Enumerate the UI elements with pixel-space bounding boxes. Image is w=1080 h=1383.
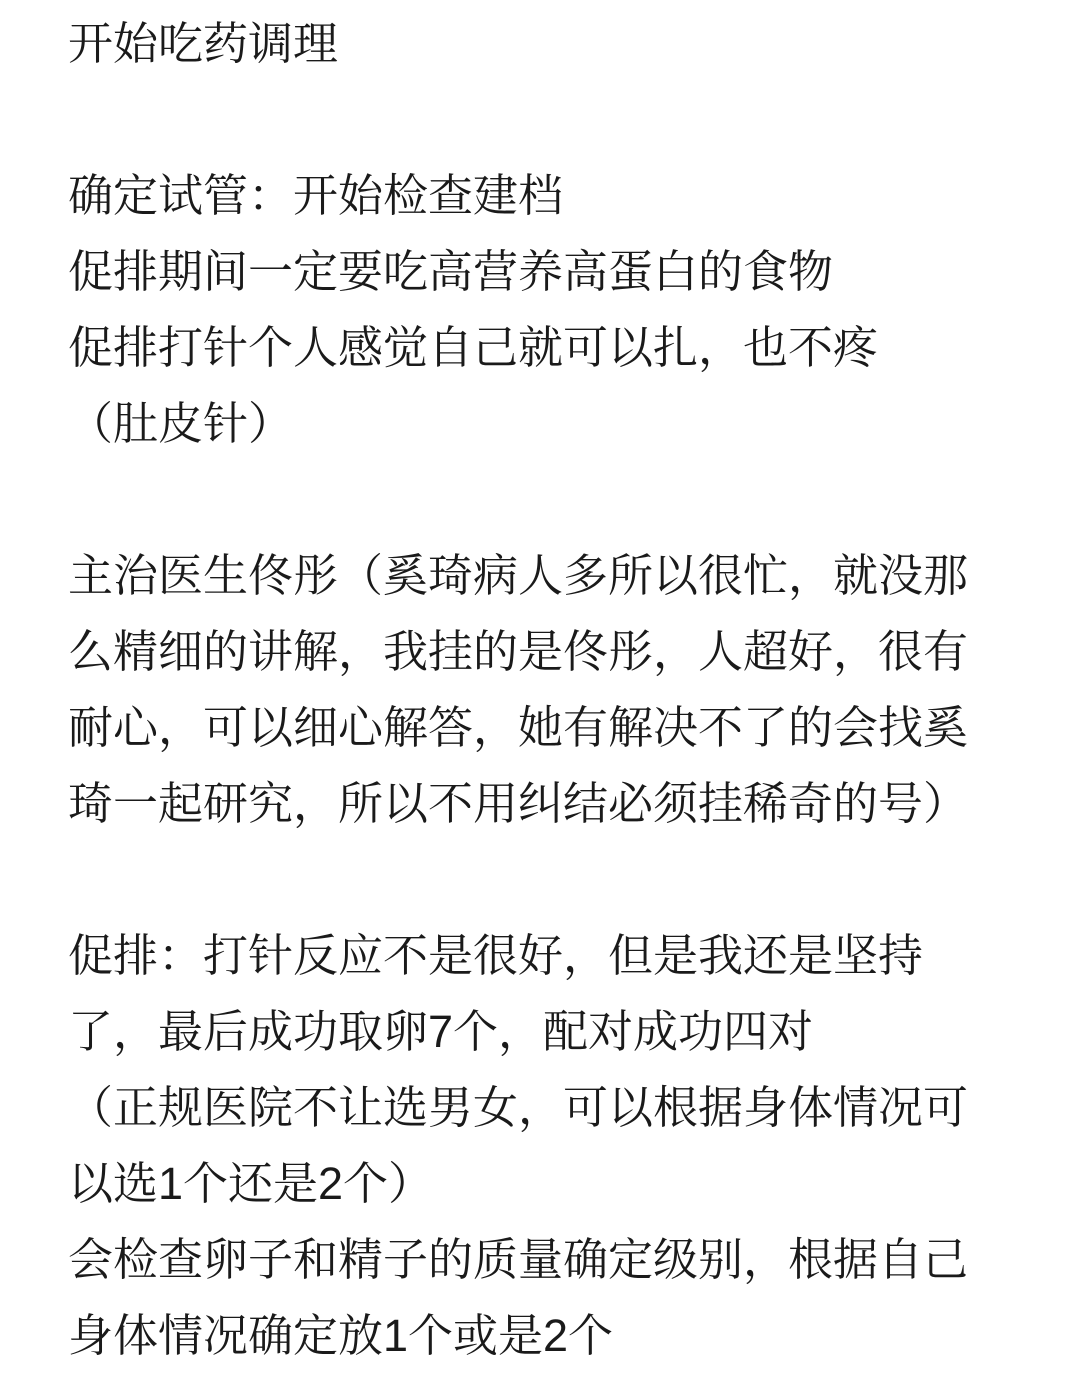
text-line: 身体情况确定放1个或是2个	[68, 1298, 1044, 1374]
text-line: 么精细的讲解，我挂的是佟彤，人超好，很有	[68, 614, 1044, 690]
text-line: （肚皮针）	[68, 386, 1044, 462]
text-line: 开始吃药调理	[68, 6, 1044, 82]
text-line: （正规医院不让选男女，可以根据身体情况可	[68, 1070, 1044, 1146]
text-line: 促排：打针反应不是很好，但是我还是坚持	[68, 918, 1044, 994]
text-line: 确定试管：开始检查建档	[68, 158, 1044, 234]
paragraph: 主治医生佟彤（奚琦病人多所以很忙，就没那么精细的讲解，我挂的是佟彤，人超好，很有…	[68, 538, 1044, 842]
paragraph: 开始吃药调理	[68, 6, 1044, 82]
text-page: 开始吃药调理确定试管：开始检查建档促排期间一定要吃高营养高蛋白的食物促排打针个人…	[0, 0, 1080, 1383]
text-line: 了，最后成功取卵7个，配对成功四对	[68, 994, 1044, 1070]
text-line: 以选1个还是2个）	[68, 1146, 1044, 1222]
text-line: 促排打针个人感觉自己就可以扎，也不疼	[68, 310, 1044, 386]
paragraph-list: 开始吃药调理确定试管：开始检查建档促排期间一定要吃高营养高蛋白的食物促排打针个人…	[68, 6, 1044, 1374]
text-line: 琦一起研究，所以不用纠结必须挂稀奇的号）	[68, 766, 1044, 842]
paragraph: 确定试管：开始检查建档促排期间一定要吃高营养高蛋白的食物促排打针个人感觉自己就可…	[68, 158, 1044, 462]
paragraph: 促排：打针反应不是很好，但是我还是坚持了，最后成功取卵7个，配对成功四对（正规医…	[68, 918, 1044, 1374]
text-line: 耐心，可以细心解答，她有解决不了的会找奚	[68, 690, 1044, 766]
text-line: 主治医生佟彤（奚琦病人多所以很忙，就没那	[68, 538, 1044, 614]
text-line: 会检查卵子和精子的质量确定级别，根据自己	[68, 1222, 1044, 1298]
text-line: 促排期间一定要吃高营养高蛋白的食物	[68, 234, 1044, 310]
